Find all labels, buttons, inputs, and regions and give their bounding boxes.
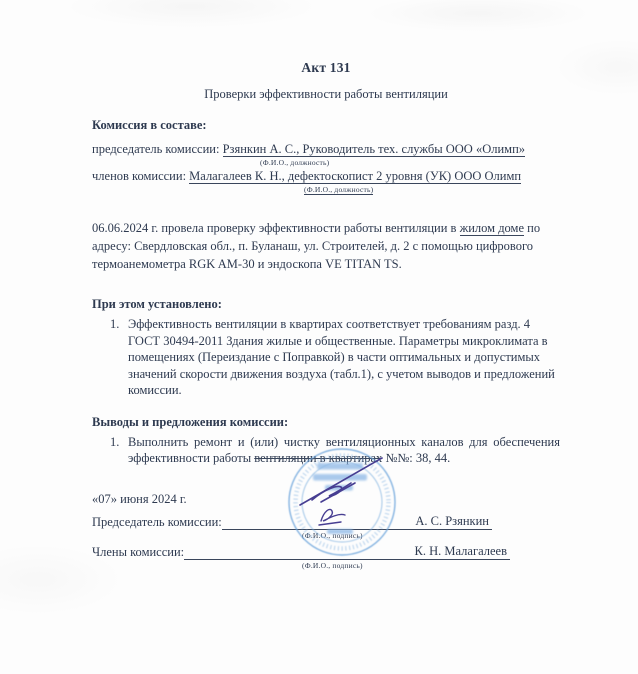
inspection-paragraph: 06.06.2024 г. провела проверку эффективн… — [92, 219, 560, 273]
underlined-phrase: жилом доме — [460, 221, 524, 236]
members-value: Малагалеев К. Н., дефектоскопист 2 уровн… — [189, 169, 521, 184]
signature-blank-line — [222, 516, 413, 530]
members-signature-label: Члены комиссии: — [92, 545, 184, 560]
chairman-signature-row: Председатель комиссии: А. С. Рзянкин — [92, 514, 560, 530]
chairman-label: председатель комиссии: — [92, 142, 223, 156]
commission-heading: Комиссия в составе: — [92, 116, 560, 134]
conclusion-item: 1. Выполнить ремонт и (или) чистку венти… — [92, 434, 560, 467]
fio-position-note: (Ф.И.О., должность) — [260, 158, 560, 167]
established-item-text: Эффективность вентиляции в квартирах соо… — [128, 316, 560, 399]
members-signature-name: К. Н. Малагалеев — [412, 544, 510, 560]
chairman-value: Рзянкин А. С., Руководитель тех. службы … — [223, 142, 525, 157]
members-signature-row: Члены комиссии: К. Н. Малагалеев — [92, 544, 560, 560]
conclusion-item-text: Выполнить ремонт и (или) чистку вентиляц… — [128, 434, 560, 467]
fio-signature-note: (Ф.И.О., подпись) — [302, 561, 560, 570]
conclusions-heading: Выводы и предложения комиссии: — [92, 413, 560, 431]
fio-signature-note: (Ф.И.О., подпись) — [302, 531, 560, 540]
chairman-signature-name: А. С. Рзянкин — [412, 514, 492, 530]
document-title: Акт 131 — [92, 60, 560, 76]
established-heading: При этом установлено: — [92, 295, 560, 313]
list-number: 1. — [110, 434, 128, 467]
chairman-signature-label: Председатель комиссии: — [92, 515, 222, 530]
struck-phrase: вентиляции в квартирах — [254, 451, 382, 465]
scanned-document-page: Акт 131 Проверки эффективности работы ве… — [0, 0, 638, 674]
signature-blank-line — [184, 546, 411, 560]
members-label: членов комиссии: — [92, 169, 189, 183]
fio-position-note-underlined: (Ф.И.О., должность) — [304, 185, 560, 195]
list-number: 1. — [110, 316, 128, 399]
members-line: членов комиссии: Малагалеев К. Н., дефек… — [92, 169, 560, 184]
document-content: Акт 131 Проверки эффективности работы ве… — [0, 0, 638, 570]
chairman-line: председатель комиссии: Рзянкин А. С., Ру… — [92, 142, 560, 157]
established-item: 1. Эффективность вентиляции в квартирах … — [92, 316, 560, 399]
document-subtitle: Проверки эффективности работы вентиляции — [92, 85, 560, 103]
date-line: «07» июня 2024 г. — [92, 491, 560, 507]
